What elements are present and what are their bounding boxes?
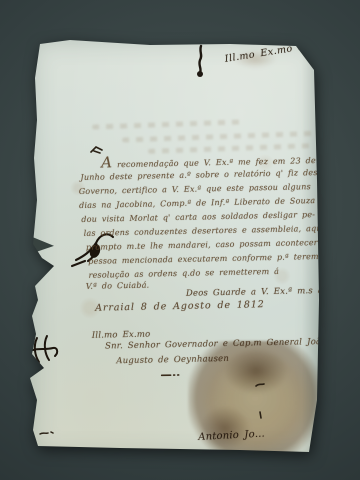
manuscript-line: resolução as ordens q.do se remetterem á	[88, 267, 279, 280]
letter-body: A recomendação que V. Ex.ª me fez em 23 …	[26, 35, 327, 461]
manuscript-line: Governo, certifico a V. Ex.ª que este pa…	[79, 182, 311, 196]
dateline: Arraial 8 de Agosto de 1812	[95, 299, 265, 314]
closing-line: Deos Guarde a V. Ex.ª m.s an.s	[186, 286, 336, 299]
manuscript-line: dias na Jacobina, Comp.ª de Inf.ª Libera…	[79, 196, 341, 210]
paper-surface: Ill.mo Ex.mo Senhor A recomendação que V…	[30, 38, 322, 458]
addressee-line-1: Ill.mo Ex.mo	[92, 330, 151, 341]
manuscript-line: dou visita Morlat q' carta aos soldados …	[81, 210, 315, 224]
manuscript-page: Ill.mo Ex.mo Senhor A recomendação que V…	[0, 0, 360, 480]
stain-ink-flecks	[254, 382, 274, 422]
photo-backdrop: Ill.mo Ex.mo Senhor A recomendação que V…	[0, 0, 360, 480]
addressee-line-3: Augusto de Oeynhausen	[116, 354, 229, 366]
manuscript-line: las ordens conduzentes desertores e asse…	[84, 224, 325, 238]
manuscript-line: prompto m.te lhe mandarei, caso possam a…	[86, 238, 328, 252]
manuscript-line: pessoa mencionada executarem conforme p.…	[88, 252, 319, 266]
rubric-flourish	[161, 372, 181, 378]
manuscript-line: V.ª do Cuiabá.	[86, 281, 150, 291]
